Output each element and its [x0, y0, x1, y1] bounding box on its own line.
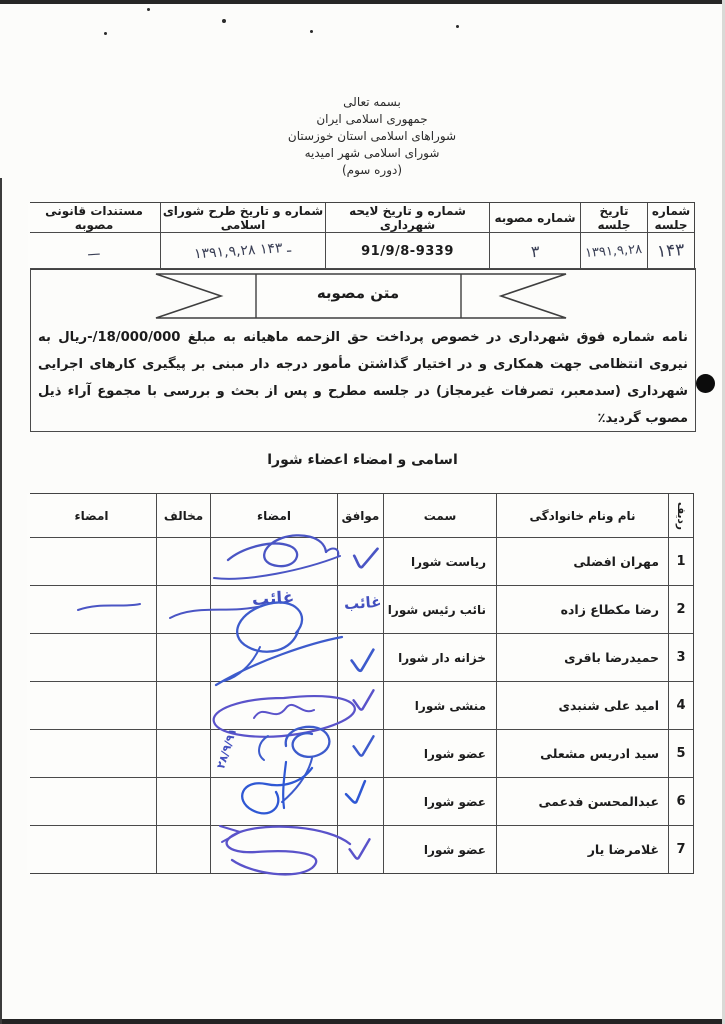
col-header-row-no: ردیف: [669, 494, 693, 537]
letterhead-line-term: (دوره سوم): [162, 162, 582, 179]
signature2-cell: [27, 634, 156, 681]
signature-cell: [211, 634, 337, 681]
members-section-title: اسامی و امضاء اعضاء شورا: [0, 452, 725, 468]
cell-council-plan: ۱۳۹۱,۹,۲۸ ـ ۱۴۳: [161, 233, 325, 269]
row-no-label: ردیف: [675, 502, 687, 530]
scan-edge-top: [0, 0, 725, 4]
scan-speck: [222, 19, 226, 23]
agree-cell: [338, 586, 383, 633]
signature2-cell: [27, 538, 156, 585]
col-header-agree: موافق: [338, 494, 383, 537]
letterhead: بسمه تعالی جمهوری اسلامی ایران شوراهای ا…: [162, 94, 582, 179]
member-row-no: 3: [669, 634, 693, 681]
scan-speck: [147, 8, 150, 11]
cell-session-no: ۱۴۳: [648, 233, 694, 269]
letterhead-line-province-councils: شوراهای اسلامی استان خوزستان: [162, 128, 582, 145]
against-cell: [157, 682, 210, 729]
member-position: خزانه دار شورا: [384, 634, 496, 681]
against-cell: [157, 538, 210, 585]
resolution-banner-title: متن مصوبه: [256, 284, 460, 302]
scan-edge-bottom: [0, 1019, 725, 1024]
scan-speck: [104, 32, 107, 35]
col-header-signature-agree: امضاء: [211, 494, 337, 537]
signature2-cell: [27, 682, 156, 729]
member-row-no: 1: [669, 538, 693, 585]
handwritten-session-date: ۱۳۹۱,۹,۲۸: [585, 242, 643, 261]
member-name: عبدالمحسن فدعمی: [497, 778, 668, 825]
col-header-municipality-bill: شماره و تاریخ لایحه شهرداری: [326, 203, 489, 232]
member-name: رضا مکطاع زاده: [497, 586, 668, 633]
member-row-no: 7: [669, 826, 693, 873]
signature-cell: [211, 730, 337, 777]
col-header-session-no: شماره جلسه: [648, 203, 694, 232]
scan-speck: [456, 25, 459, 28]
signature-cell: [211, 778, 337, 825]
member-position: منشی شورا: [384, 682, 496, 729]
member-name: حمیدرضا باقری: [497, 634, 668, 681]
resolution-body-text: نامه شماره فوق شهرداری در خصوص پرداخت حق…: [38, 324, 688, 432]
signature-cell: [211, 826, 337, 873]
cell-session-date: ۱۳۹۱,۹,۲۸: [581, 233, 647, 269]
col-header-position: سمت: [384, 494, 496, 537]
member-row-no: 2: [669, 586, 693, 633]
col-header-session-date: تاریخ جلسه: [581, 203, 647, 232]
signature-cell: [211, 538, 337, 585]
signature-cell: [211, 682, 337, 729]
against-cell: [157, 586, 210, 633]
agree-cell: [338, 778, 383, 825]
against-cell: [157, 730, 210, 777]
letterhead-line-city-council: شورای اسلامی شهر امیدیه: [162, 145, 582, 162]
member-row-no: 6: [669, 778, 693, 825]
cell-municipality-bill: 91/9/8-9339: [326, 233, 489, 269]
col-header-name: نام ونام خانوادگی: [497, 494, 668, 537]
member-name: امید علی شنبدی: [497, 682, 668, 729]
member-position: نائب رئیس شورا: [384, 586, 496, 633]
against-cell: [157, 778, 210, 825]
against-cell: [157, 826, 210, 873]
signature2-cell: [27, 730, 156, 777]
scanned-document-page: بسمه تعالی جمهوری اسلامی ایران شوراهای ا…: [0, 0, 725, 1024]
handwritten-resolution-no: ۳: [530, 241, 540, 261]
agree-cell: [338, 826, 383, 873]
scan-speck: [310, 30, 313, 33]
member-position: عضو شورا: [384, 730, 496, 777]
handwritten-session-no: ۱۴۳: [657, 240, 686, 262]
agree-cell: [338, 634, 383, 681]
col-header-council-plan: شماره و تاریخ طرح شورای اسلامی: [161, 203, 325, 232]
against-cell: [157, 634, 210, 681]
hole-punch-mark: [696, 374, 715, 393]
agree-cell: [338, 682, 383, 729]
handwritten-dash: ـــ: [88, 243, 100, 259]
signature2-cell: [27, 778, 156, 825]
letterhead-line-country: جمهوری اسلامی ایران: [162, 111, 582, 128]
member-name: سید ادریس مشعلی: [497, 730, 668, 777]
letterhead-line-basmala: بسمه تعالی: [162, 94, 582, 111]
resolution-meta-table: شماره جلسه تاریخ جلسه شماره مصوبه شماره …: [30, 202, 695, 270]
member-position: عضو شورا: [384, 778, 496, 825]
signature-cell: [211, 586, 337, 633]
agree-cell: [338, 538, 383, 585]
member-position: ریاست شورا: [384, 538, 496, 585]
member-name: غلامرضا یار: [497, 826, 668, 873]
member-name: مهران افضلی: [497, 538, 668, 585]
scan-edge-left: [0, 178, 2, 1024]
signature2-cell: [27, 826, 156, 873]
col-header-legal-refs: مستندات قانونی مصوبه: [28, 203, 160, 232]
agree-cell: [338, 730, 383, 777]
member-row-no: 5: [669, 730, 693, 777]
col-header-against: مخالف: [157, 494, 210, 537]
cell-resolution-no: ۳: [490, 233, 580, 269]
col-header-signature-against: امضاء: [27, 494, 156, 537]
member-row-no: 4: [669, 682, 693, 729]
members-signature-table: ردیف نام ونام خانوادگی سمت موافق امضاء م…: [30, 493, 694, 874]
cell-legal-refs: ـــ: [28, 233, 160, 269]
handwritten-council-plan: ۱۳۹۱,۹,۲۸ ـ ۱۴۳: [194, 240, 292, 263]
signature2-cell: [27, 586, 156, 633]
typed-bill-number: 91/9/8-9339: [361, 244, 454, 259]
member-position: عضو شورا: [384, 826, 496, 873]
col-header-resolution-no: شماره مصوبه: [490, 203, 580, 232]
